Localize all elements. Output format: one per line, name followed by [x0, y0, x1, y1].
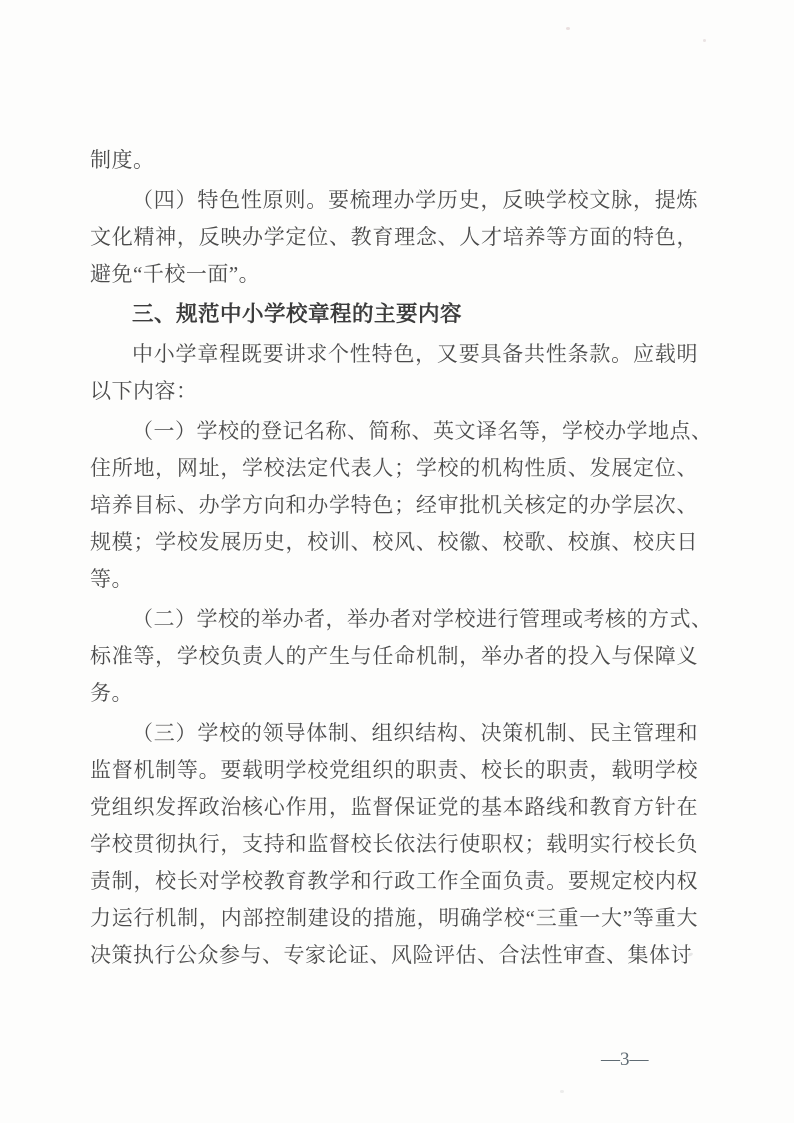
text-line: 文化精神，反映办学定位、教育理念、人才培养等方面的特色， — [90, 219, 698, 256]
scan-speck — [703, 39, 706, 42]
text-line: 制度。 — [90, 142, 698, 179]
document-body: 制度。 （四）特色性原则。要梳理办学历史，反映学校文脉，提炼 文化精神，反映办学… — [90, 142, 698, 974]
text-line: 以下内容： — [90, 373, 698, 410]
text-line: 中小学章程既要讲求个性特色，又要具备共性条款。应载明 — [90, 336, 698, 373]
text-line: 规模；学校发展历史，校训、校风、校徽、校歌、校旗、校庆日 — [90, 524, 698, 561]
paragraph-principle-4: （四）特色性原则。要梳理办学历史，反映学校文脉，提炼 文化精神，反映办学定位、教… — [90, 182, 698, 293]
text-line: 培养目标、办学方向和办学特色；经审批机关核定的办学层次、 — [90, 487, 698, 524]
text-line: （一）学校的登记名称、简称、英文译名等，学校办学地点、 — [90, 413, 698, 450]
text-line: 党组织发挥政治核心作用，监督保证党的基本路线和教育方针在 — [90, 789, 698, 826]
page-number: —3— — [601, 1046, 649, 1074]
text-line: （二）学校的举办者，举办者对学校进行管理或考核的方式、 — [90, 601, 698, 638]
text-line: 避免“千校一面”。 — [90, 256, 698, 293]
text-line: 责制，校长对学校教育教学和行政工作全面负责。要规定校内权 — [90, 863, 698, 900]
text-line: （三）学校的领导体制、组织结构、决策机制、民主管理和 — [90, 715, 698, 752]
text-line: 标准等，学校负责人的产生与任命机制，举办者的投入与保障义 — [90, 638, 698, 675]
scan-speck — [566, 27, 570, 30]
text-line: 住所地，网址，学校法定代表人；学校的机构性质、发展定位、 — [90, 450, 698, 487]
paragraph-item-2: （二）学校的举办者，举办者对学校进行管理或考核的方式、 标准等，学校负责人的产生… — [90, 601, 698, 712]
paragraph-carryover: 制度。 — [90, 142, 698, 179]
text-line: 等。 — [90, 561, 698, 598]
section-heading: 三、规范中小学校章程的主要内容 — [90, 296, 698, 333]
paragraph-intro: 中小学章程既要讲求个性特色，又要具备共性条款。应载明 以下内容： — [90, 336, 698, 410]
text-line: 学校贯彻执行，支持和监督校长依法行使职权；载明实行校长负 — [90, 826, 698, 863]
paragraph-item-3: （三）学校的领导体制、组织结构、决策机制、民主管理和 监督机制等。要载明学校党组… — [90, 715, 698, 974]
scan-speck — [560, 1090, 564, 1093]
scanned-document-page: 制度。 （四）特色性原则。要梳理办学历史，反映学校文脉，提炼 文化精神，反映办学… — [0, 0, 794, 1123]
text-line: 监督机制等。要载明学校党组织的职责、校长的职责，载明学校 — [90, 752, 698, 789]
text-line: 务。 — [90, 675, 698, 712]
section-heading-text: 三、规范中小学校章程的主要内容 — [90, 296, 698, 333]
text-line: 力运行机制，内部控制建设的措施，明确学校“三重一大”等重大 — [90, 900, 698, 937]
text-line: 决策执行公众参与、专家论证、风险评估、合法性审查、集体讨 — [90, 937, 698, 974]
paragraph-item-1: （一）学校的登记名称、简称、英文译名等，学校办学地点、 住所地，网址，学校法定代… — [90, 413, 698, 598]
text-line: （四）特色性原则。要梳理办学历史，反映学校文脉，提炼 — [90, 182, 698, 219]
